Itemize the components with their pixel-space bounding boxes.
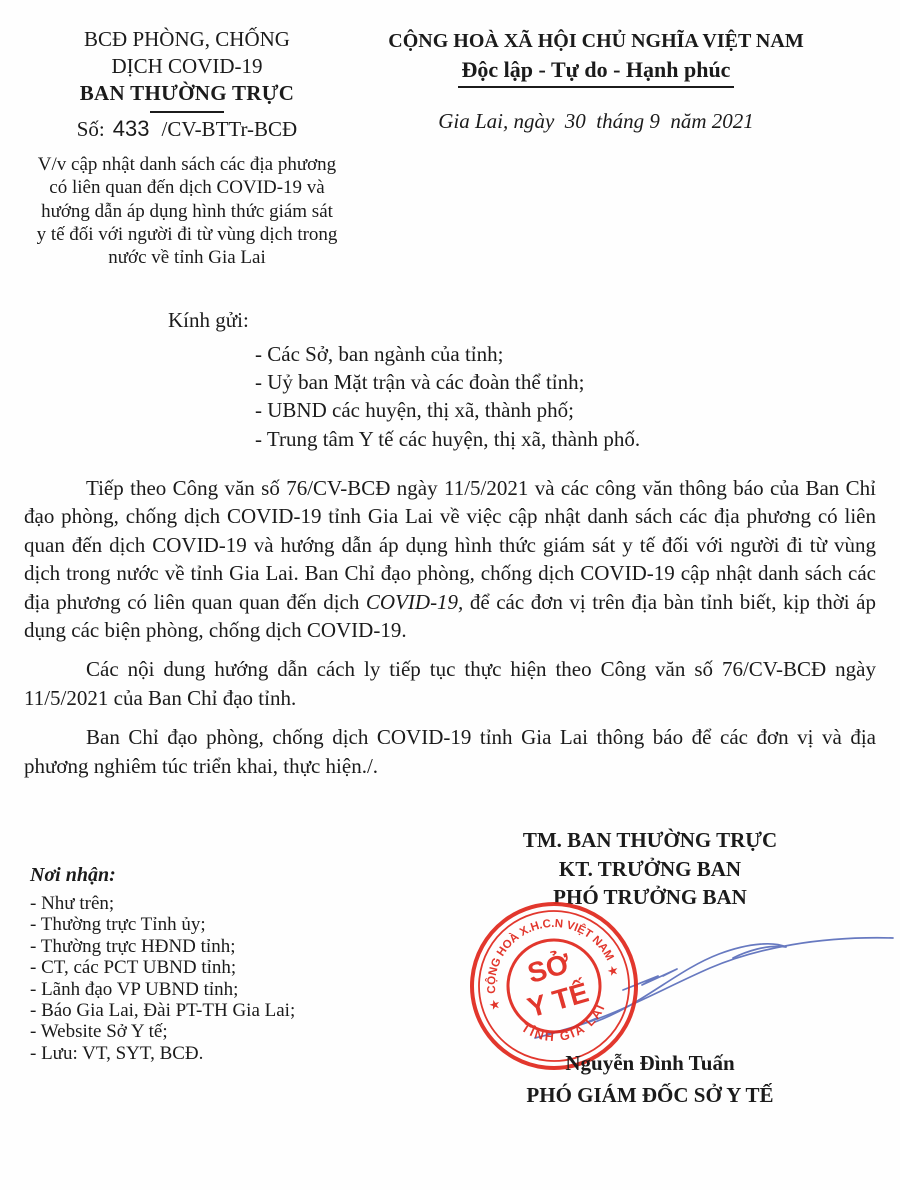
distribution-item: - Thường trực Tỉnh ủy; — [30, 914, 295, 935]
signing-line-2: KT. TRƯỞNG BAN — [440, 855, 860, 884]
signer-title: PHÓ GIÁM ĐỐC SỞ Y TẾ — [440, 1083, 860, 1108]
issuer-org-line3: BAN THƯỜNG TRỰC — [28, 80, 346, 107]
distribution-block: Nơi nhận: - Như trên; - Thường trực Tỉnh… — [30, 864, 295, 1064]
document-number: Số:433/CV-BTTr-BCĐ — [28, 116, 346, 142]
distribution-item: - Lưu: VT, SYT, BCĐ. — [30, 1043, 295, 1064]
national-header: CỘNG HOÀ XÃ HỘI CHỦ NGHĨA VIỆT NAM Độc l… — [352, 28, 840, 134]
issuer-org-line2: DỊCH COVID-19 — [28, 53, 346, 80]
recipient-item: - Các Sở, ban ngành của tỉnh; — [255, 340, 640, 368]
official-stamp: CỘNG HOÀ X.H.C.N VIỆT NAM TỈNH GIA LAI ★… — [465, 897, 643, 1075]
national-motto-line1: CỘNG HOÀ XÃ HỘI CHỦ NGHĨA VIỆT NAM — [352, 28, 840, 54]
stamp-star-right: ★ — [605, 962, 620, 980]
document-number-prefix: Số: — [77, 117, 105, 141]
national-motto-line2: Độc lập - Tự do - Hạnh phúc — [458, 57, 735, 88]
stamp-star-left: ★ — [487, 996, 502, 1014]
distribution-item: - Website Sở Y tế; — [30, 1021, 295, 1042]
subject-line: hướng dẫn áp dụng hình thức giám sát — [28, 200, 346, 223]
document-number-value: 433 — [105, 116, 162, 141]
signer-block: Nguyễn Đình Tuấn PHÓ GIÁM ĐỐC SỞ Y TẾ — [440, 1050, 860, 1108]
signer-name: Nguyễn Đình Tuấn — [440, 1050, 860, 1077]
distribution-item: - CT, các PCT UBND tỉnh; — [30, 957, 295, 978]
issuer-underline — [150, 111, 224, 113]
document-number-suffix: /CV-BTTr-BCĐ — [161, 117, 297, 141]
recipient-item: - UBND các huyện, thị xã, thành phố; — [255, 396, 640, 424]
distribution-item: - Lãnh đạo VP UBND tỉnh; — [30, 979, 295, 1000]
distribution-item: - Như trên; — [30, 893, 295, 914]
recipient-item: - Trung tâm Y tế các huyện, thị xã, thàn… — [255, 425, 640, 453]
body-paragraph-1: Tiếp theo Công văn số 76/CV-BCĐ ngày 11/… — [24, 474, 876, 644]
official-letter-page: BCĐ PHÒNG, CHỐNG DỊCH COVID-19 BAN THƯỜN… — [0, 0, 900, 1190]
issuer-header: BCĐ PHÒNG, CHỐNG DỊCH COVID-19 BAN THƯỜN… — [28, 26, 346, 269]
recipient-list: - Các Sở, ban ngành của tỉnh; - Uỷ ban M… — [255, 340, 640, 453]
salutation: Kính gửi: — [168, 308, 249, 333]
letter-body: Tiếp theo Công văn số 76/CV-BCĐ ngày 11/… — [24, 474, 876, 791]
subject-line: có liên quan đến dịch COVID-19 và — [28, 176, 346, 199]
body-paragraph-3: Ban Chỉ đạo phòng, chống dịch COVID-19 t… — [24, 723, 876, 780]
body-paragraph-2: Các nội dung hướng dẫn cách ly tiếp tục … — [24, 655, 876, 712]
signing-line-1: TM. BAN THƯỜNG TRỰC — [440, 826, 860, 855]
distribution-item: - Thường trực HĐND tỉnh; — [30, 936, 295, 957]
document-subject: V/v cập nhật danh sách các địa phương có… — [28, 153, 346, 269]
distribution-items: - Như trên; - Thường trực Tỉnh ủy; - Thư… — [30, 893, 295, 1064]
recipient-item: - Uỷ ban Mặt trận và các đoàn thể tỉnh; — [255, 368, 640, 396]
distribution-label: Nơi nhận: — [30, 864, 295, 887]
distribution-item: - Báo Gia Lai, Đài PT-TH Gia Lai; — [30, 1000, 295, 1021]
subject-line: y tế đối với người đi từ vùng dịch trong — [28, 223, 346, 246]
subject-line: V/v cập nhật danh sách các địa phương — [28, 153, 346, 176]
p1-segment-italic: COVID-19, — [366, 590, 463, 614]
place-dateline: Gia Lai, ngày 30 tháng 9 năm 2021 — [352, 109, 840, 134]
subject-line: nước về tỉnh Gia Lai — [28, 246, 346, 269]
issuer-org-line1: BCĐ PHÒNG, CHỐNG — [28, 26, 346, 53]
